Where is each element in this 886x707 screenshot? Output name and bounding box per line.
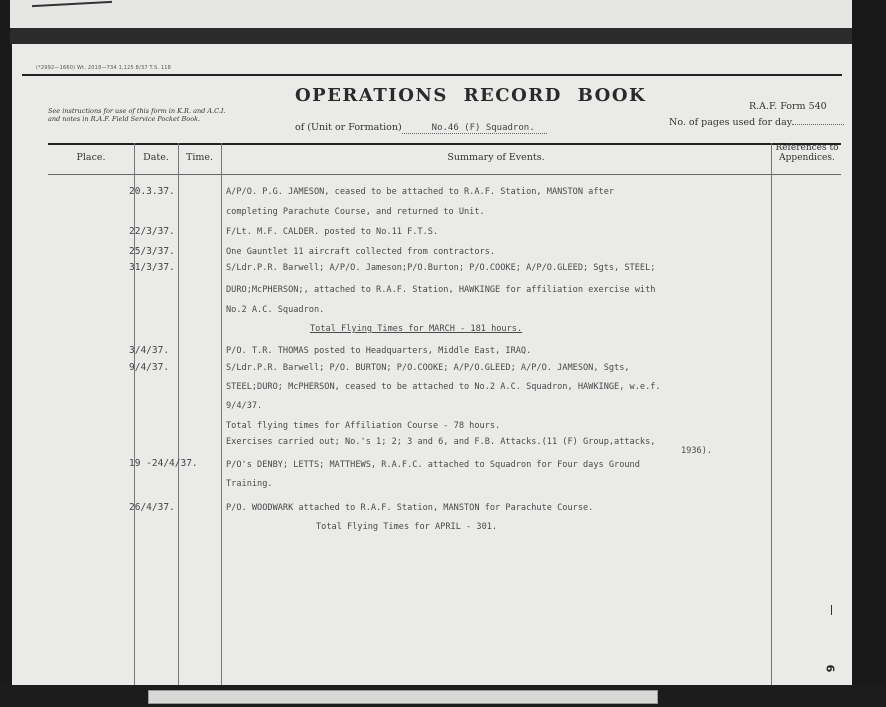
column-divider xyxy=(771,143,772,685)
form-number: R.A.F. Form 540 xyxy=(749,101,827,112)
divider xyxy=(32,1,112,7)
scan-border xyxy=(852,0,886,707)
entry-text: A/P/O. P.G. JAMESON, ceased to be attach… xyxy=(226,187,614,197)
folio-number: 6 xyxy=(823,665,836,673)
entry-text: Total flying times for Affiliation Cours… xyxy=(226,421,500,431)
entry-text: DURO;McPHERSON;, attached to R.A.F. Stat… xyxy=(226,285,655,295)
monthly-total: Total Flying Times for APRIL - 301. xyxy=(316,522,497,532)
column-header-references: References to Appendices. xyxy=(772,143,842,163)
column-header-date: Date. xyxy=(134,152,178,163)
page-title: OPERATIONS RECORD BOOK xyxy=(295,85,646,106)
column-divider xyxy=(178,143,179,685)
pages-used-field: No. of pages used for day xyxy=(669,117,844,128)
entry-text: Exercises carried out; No.'s 1; 2; 3 and… xyxy=(226,437,655,447)
instructions-note: See instructions for use of this form in… xyxy=(48,107,226,123)
instructions-line: and notes in R.A.F. Field Service Pocket… xyxy=(48,115,226,123)
monthly-total: Total Flying Times for MARCH - 181 hours… xyxy=(310,324,522,334)
column-divider xyxy=(134,143,135,685)
column-header-summary: Summary of Events. xyxy=(221,152,771,163)
next-page-edge xyxy=(148,690,658,704)
entry-text: Training. xyxy=(226,479,273,489)
entry-text: STEEL;DURO; McPHERSON, ceased to be atta… xyxy=(226,382,661,392)
entry-text: S/Ldr.P.R. Barwell; A/P/O. Jameson;P/O.B… xyxy=(226,263,655,273)
margin-mark xyxy=(831,605,832,615)
divider xyxy=(22,74,842,76)
entry-text: P/O's DENBY; LETTS; MATTHEWS, R.A.F.C. a… xyxy=(226,460,640,470)
entry-text: P/O. WOODWARK attached to R.A.F. Station… xyxy=(226,503,593,513)
entry-date: 9/4/37. xyxy=(129,362,169,373)
entry-date: 22/3/37. xyxy=(129,226,175,237)
entry-text: F/Lt. M.F. CALDER. posted to No.11 F.T.S… xyxy=(226,227,438,237)
previous-page-edge xyxy=(10,0,860,28)
entry-text: 1936). xyxy=(681,446,712,456)
entry-date: 3/4/37. xyxy=(129,345,169,356)
entry-text: No.2 A.C. Squadron. xyxy=(226,305,324,315)
unit-label: of (Unit or Formation) xyxy=(295,122,402,133)
column-divider xyxy=(221,143,222,685)
entry-date: 31/3/37. xyxy=(129,262,175,273)
column-header-time: Time. xyxy=(178,152,221,163)
entry-text: S/Ldr.P.R. Barwell; P/O. BURTON; P/O.COO… xyxy=(226,363,630,373)
column-header-place: Place. xyxy=(48,152,134,163)
print-code: (*2992—1660) Wt. 2018—734 1,125 8/37 T.S… xyxy=(36,65,171,71)
unit-value: No.46 (F) Squadron. xyxy=(402,123,547,134)
entry-text: P/O. T.R. THOMAS posted to Headquarters,… xyxy=(226,346,531,356)
pages-used-blank xyxy=(792,124,844,125)
entry-text: 9/4/37. xyxy=(226,401,262,411)
table-header-rule xyxy=(48,174,841,175)
entry-date: 25/3/37. xyxy=(129,246,175,257)
entry-date: 26/4/37. xyxy=(129,502,175,513)
unit-field: of (Unit or Formation)No.46 (F) Squadron… xyxy=(295,122,547,133)
entry-date: 19 -24/4/37. xyxy=(129,458,198,469)
entry-date: 20.3.37. xyxy=(129,186,175,197)
entry-text: One Gauntlet 11 aircraft collected from … xyxy=(226,247,495,257)
entry-text: completing Parachute Course, and returne… xyxy=(226,207,485,217)
instructions-line: See instructions for use of this form in… xyxy=(48,107,226,115)
table-top-rule xyxy=(48,143,841,145)
pages-used-label: No. of pages used for day xyxy=(669,117,792,128)
